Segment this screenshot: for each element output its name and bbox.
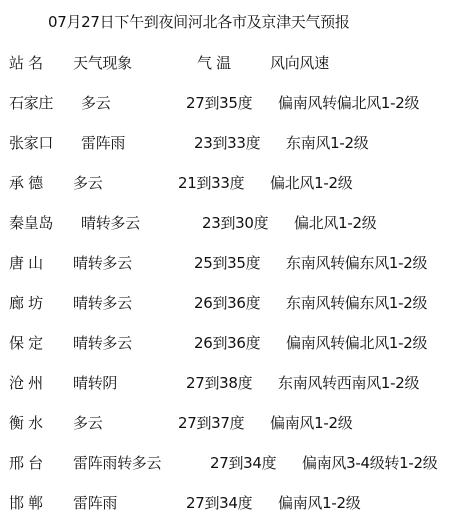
station-name: 承 德 xyxy=(9,172,43,193)
weather-condition: 多云 xyxy=(81,92,110,113)
wind-info: 东南风转偏东风1-2级 xyxy=(286,292,427,313)
temperature-range: 25到35度 xyxy=(194,252,260,273)
header-wind: 风向风速 xyxy=(270,52,329,73)
weather-condition: 雷阵雨转多云 xyxy=(73,452,161,473)
weather-condition: 多云 xyxy=(73,412,102,433)
temperature-range: 27到34度 xyxy=(210,452,276,473)
wind-info: 偏南风1-2级 xyxy=(270,412,352,433)
temperature-range: 27到38度 xyxy=(186,372,252,393)
header-weather: 天气现象 xyxy=(73,52,132,73)
wind-info: 偏南风转偏北风1-2级 xyxy=(278,92,419,113)
station-name: 唐 山 xyxy=(9,252,43,273)
station-name: 保 定 xyxy=(9,332,43,353)
wind-info: 偏南风3-4级转1-2级 xyxy=(302,452,437,473)
weather-condition: 晴转多云 xyxy=(73,252,132,273)
temperature-range: 23到30度 xyxy=(202,212,268,233)
temperature-range: 26到36度 xyxy=(194,292,260,313)
weather-condition: 雷阵雨 xyxy=(73,492,117,513)
wind-info: 偏北风1-2级 xyxy=(294,212,376,233)
forecast-title: 07月27日下午到夜间河北各市及京津天气预报 xyxy=(48,11,350,32)
station-name: 衡 水 xyxy=(9,412,43,433)
temperature-range: 27到34度 xyxy=(186,492,252,513)
temperature-range: 26到36度 xyxy=(194,332,260,353)
wind-info: 偏南风转偏北风1-2级 xyxy=(286,332,427,353)
temperature-range: 23到33度 xyxy=(194,132,260,153)
wind-info: 东南风转偏东风1-2级 xyxy=(286,252,427,273)
temperature-range: 27到37度 xyxy=(178,412,244,433)
weather-condition: 晴转多云 xyxy=(73,292,132,313)
header-temperature: 气 温 xyxy=(197,52,231,73)
station-name: 秦皇岛 xyxy=(9,212,53,233)
station-name: 邢 台 xyxy=(9,452,43,473)
weather-condition: 晴转多云 xyxy=(73,332,132,353)
station-name: 廊 坊 xyxy=(9,292,43,313)
station-name: 邯 郸 xyxy=(9,492,43,513)
wind-info: 东南风转西南风1-2级 xyxy=(278,372,419,393)
weather-condition: 雷阵雨 xyxy=(81,132,125,153)
temperature-range: 21到33度 xyxy=(178,172,244,193)
wind-info: 偏南风1-2级 xyxy=(278,492,360,513)
wind-info: 偏北风1-2级 xyxy=(270,172,352,193)
header-station: 站 名 xyxy=(9,52,43,73)
station-name: 沧 州 xyxy=(9,372,43,393)
wind-info: 东南风1-2级 xyxy=(286,132,368,153)
weather-condition: 晴转阴 xyxy=(73,372,117,393)
temperature-range: 27到35度 xyxy=(186,92,252,113)
weather-condition: 晴转多云 xyxy=(81,212,140,233)
weather-condition: 多云 xyxy=(73,172,102,193)
station-name: 石家庄 xyxy=(9,92,53,113)
station-name: 张家口 xyxy=(9,132,53,153)
